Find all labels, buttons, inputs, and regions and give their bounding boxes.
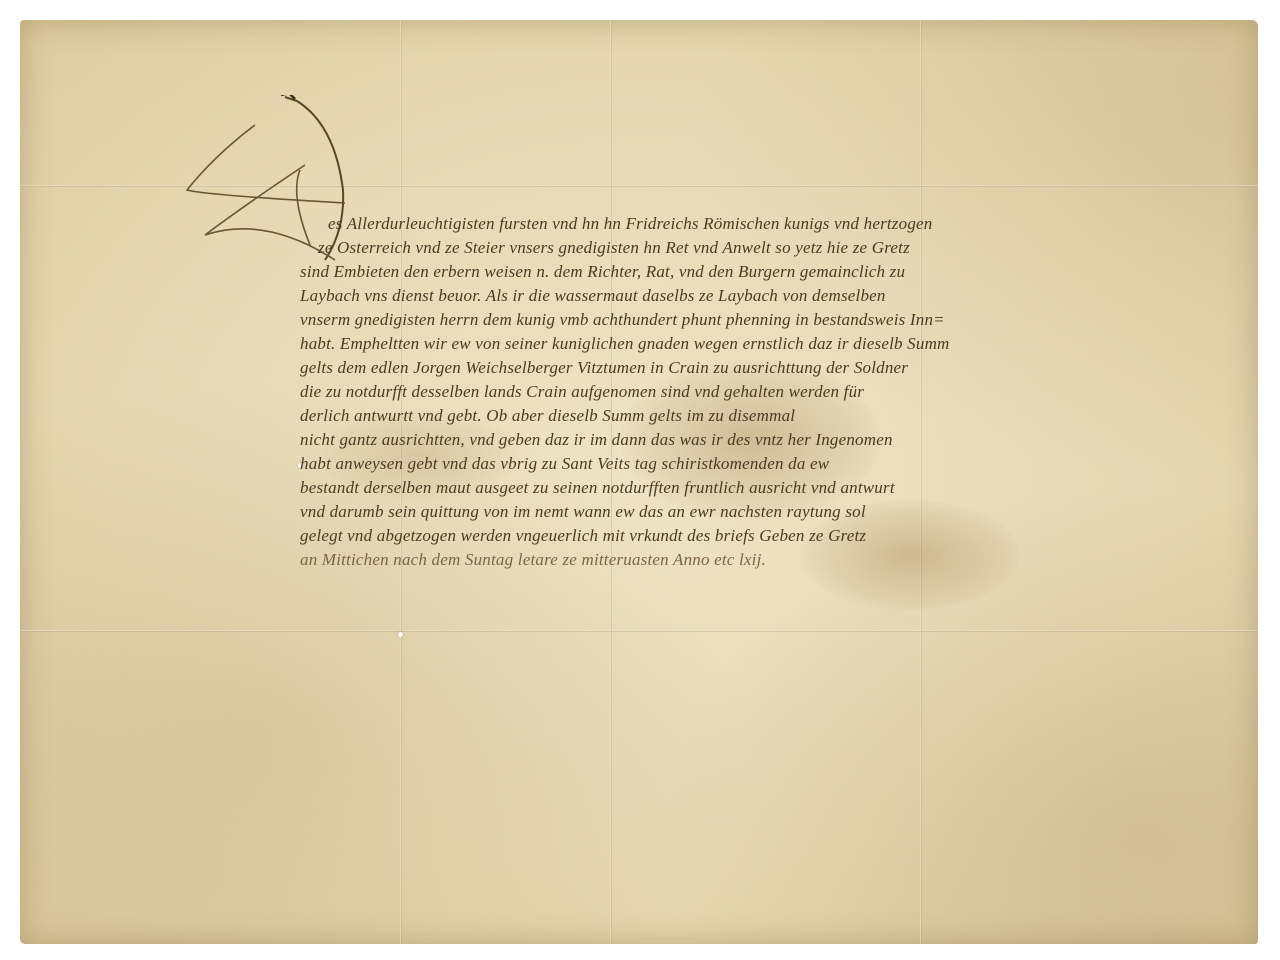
- text-line: gelegt vnd abgetzogen werden vngeuerlich…: [300, 524, 1190, 548]
- text-line: derlich antwurtt vnd gebt. Ob aber diese…: [300, 404, 1190, 428]
- text-line: gelts dem edlen Jorgen Weichselberger Vi…: [300, 356, 1190, 380]
- text-line: sind Embieten den erbern weisen n. dem R…: [300, 260, 1190, 284]
- text-line: vnd darumb sein quittung von im nemt wan…: [300, 500, 1190, 524]
- text-line: nicht gantz ausrichtten, vnd geben daz i…: [300, 428, 1190, 452]
- pinhole: [398, 632, 403, 637]
- text-line: bestandt derselben maut ausgeet zu seine…: [300, 476, 1190, 500]
- text-line: habt. Empheltten wir ew von seiner kunig…: [300, 332, 1190, 356]
- text-line: die zu notdurfft desselben lands Crain a…: [300, 380, 1190, 404]
- text-line: es Allerdurleuchtigisten fursten vnd hn …: [300, 212, 1190, 236]
- text-line: ze Osterreich vnd ze Steier vnsers gnedi…: [300, 236, 1190, 260]
- text-line: an Mittichen nach dem Suntag letare ze m…: [300, 548, 1190, 572]
- text-line: habt anweysen gebt vnd das vbrig zu Sant…: [300, 452, 1190, 476]
- letter-body: es Allerdurleuchtigisten fursten vnd hn …: [300, 212, 1190, 572]
- text-line: vnserm gnedigisten herrn dem kunig vmb a…: [300, 308, 1190, 332]
- fold-line-horizontal: [20, 630, 1258, 632]
- text-line: Laybach vns dienst beuor. Als ir die was…: [300, 284, 1190, 308]
